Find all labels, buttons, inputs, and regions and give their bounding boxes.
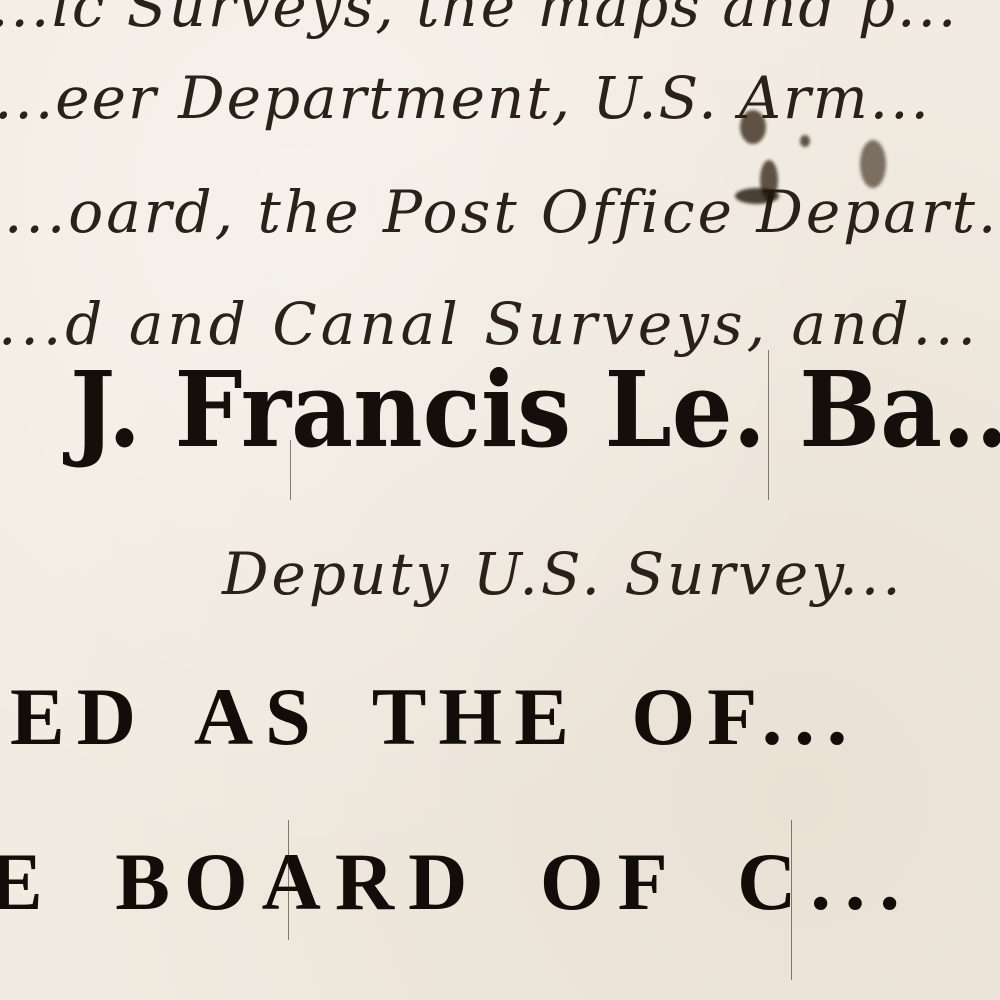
engraving-guide-line xyxy=(768,350,769,500)
engraving-guide-line xyxy=(290,440,291,500)
text-line-engineer-department: ...eer Department, U.S. Arm... xyxy=(0,64,931,132)
engraving-guide-line xyxy=(791,820,792,980)
ink-stain xyxy=(860,140,886,188)
text-line-surveys-maps: ...ic Surveys, the maps and p... xyxy=(0,0,958,40)
ink-stain xyxy=(740,110,766,144)
caps-heading-line-2: E BOARD OF C... xyxy=(0,835,914,929)
ink-stain xyxy=(735,188,779,204)
engraving-guide-line xyxy=(288,820,289,940)
caps-heading-line-1: ED AS THE OF... xyxy=(10,670,859,764)
author-title: Deputy U.S. Survey... xyxy=(222,540,904,608)
ink-stain xyxy=(800,135,810,147)
author-name: J. Francis Le. Ba... xyxy=(70,348,1000,471)
text-line-post-office: ...oard, the Post Office Depart... xyxy=(4,178,1000,246)
